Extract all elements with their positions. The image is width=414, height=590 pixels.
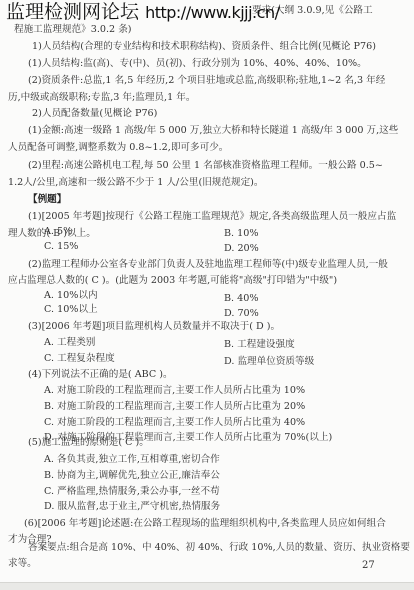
text-line: C. 15% [44, 240, 78, 253]
text-line: 2)人员配备数量(见概论 P76) [32, 107, 157, 120]
text-line: 历,中级或高级职称;专监,3 年;监理员,1 年。 [8, 91, 195, 104]
section-heading: 【例题】 [28, 193, 66, 206]
text-line: D. 监理单位资质等级 [224, 355, 314, 368]
text-line: (2)资质条件:总监,1 名,5 年经历,2 个项目驻地或总监,高级职称;驻地,… [28, 74, 385, 87]
text-line: B. 协商为主,调解优先,独立公正,廉洁奉公 [44, 469, 220, 482]
text-line: D. 70% [224, 307, 259, 320]
text-line: (1)人员结构:监(高)、专(中)、员(初)、行政分别为 10%、40%、40%… [28, 57, 367, 70]
text-line: D. 服从监督,忠于业主,严守机密,热情服务 [44, 500, 220, 513]
watermark-site-name: 监理检测网论坛 [6, 1, 139, 23]
text-line: (4)下列说法不正确的是( ABC )。 [28, 368, 173, 381]
watermark: 监理检测网论坛 http://www.kjjj.cn/ [6, 1, 279, 24]
text-line: (6)[2006 年考题]论述题:在公路工程现场的监理组织机构中,各类监理人员应… [24, 517, 386, 530]
page-number: 27 [362, 560, 375, 571]
text-line: A. 对施工阶段的工程监理而言,主要工作人员所占比重为 10% [44, 384, 305, 397]
text-line: 程施工监理规范》3.0.2 条) [14, 23, 132, 36]
text-line: C. 对施工阶段的工程监理而言,主要工作人员所占比重为 40% [44, 416, 305, 429]
text-line: C. 工程复杂程度 [44, 352, 115, 365]
text-line: 1.2人/公里,高速和一级公路不少于 1 人/公里(旧规范规定)。 [8, 176, 264, 189]
text-line: A. 工程类别 [44, 336, 95, 349]
text-line: 求等。 [8, 557, 37, 570]
text-line: B. 对施工阶段的工程监理而言,主要工作人员所占比重为 20% [44, 400, 305, 413]
text-line: (1)[2005 年考题]按现行《公路工程施工监理规范》规定,各类高级监理人员一… [28, 210, 396, 223]
text-line: 人员配备可调整,调整系数为 0.8~1.2,即可多可少。 [8, 141, 228, 154]
text-line: B. 工程建设强度 [224, 338, 295, 351]
text-line: (1)金额:高速一级路 1 高级/年 5 000 万,独立大桥和特长隧道 1 高… [28, 124, 398, 137]
text-line: A. 5% [44, 225, 72, 238]
text-line: B. 10% [224, 227, 258, 240]
text-line: A. 10%以内 [44, 289, 98, 302]
text-line: C. 严格监理,热情服务,秉公办事,一丝不苟 [44, 485, 220, 498]
text-line: C. 10%以上 [44, 303, 98, 316]
text-line: 应占监理总人数的( C )。(此题为 2003 年考题,可能将"高级"打印错为"… [8, 274, 337, 287]
text-line: (5)施工监理的原则是( C )。 [28, 436, 149, 449]
text-line: 答案要点:组合是高 10%、中 40%、初 40%、行政 10%,人员的数量、资… [28, 541, 410, 554]
page-bottom-edge [0, 582, 414, 590]
text-line: (2)监理工程师办公室各专业部门负责人及驻地监理工程师等(中)级专业监理人员,一… [28, 258, 388, 271]
text-line: B. 40% [224, 292, 258, 305]
watermark-url[interactable]: http://www.kjjj.cn/ [145, 3, 279, 22]
text-line: (2)里程:高速公路机电工程,每 50 公里 1 名部核准资格监理工程师。一般公… [28, 159, 383, 172]
text-line: D. 20% [224, 242, 259, 255]
text-line: (3)[2006 年考题]项目监理机构人员数量并不取决于( D )。 [28, 320, 280, 333]
text-line: A. 各负其责,独立工作,互相尊重,密切合作 [44, 453, 220, 466]
text-line: 1)人员结构(合理的专业结构和技术职称结构)、资质条件、组合比例(见概论 P76… [32, 40, 376, 53]
